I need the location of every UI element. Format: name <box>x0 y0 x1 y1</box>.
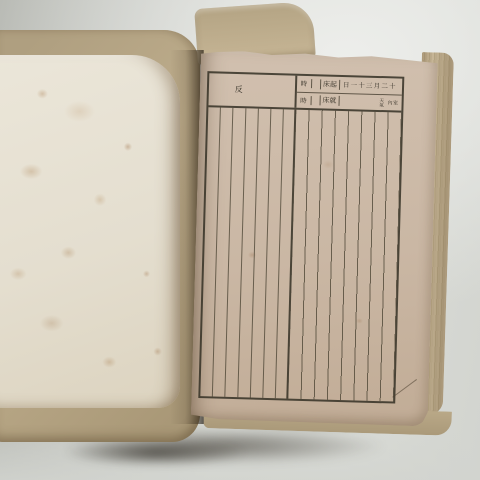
page-corner-crease <box>392 379 417 398</box>
wake-label: 起床 <box>320 79 340 90</box>
wake-hour-unit: 時 <box>297 79 312 88</box>
photo-background: 反省 十二月三十一日 起床 時 室內 天氣 就床 <box>0 0 480 480</box>
diary-table-header: 反省 十二月三十一日 起床 時 室內 天氣 就床 <box>208 73 402 112</box>
date-label: 十二月三十一日 <box>340 80 402 91</box>
indoor-label: 室內 <box>387 99 398 106</box>
ruled-columns-left <box>200 107 296 398</box>
bed-hour-unit: 時 <box>296 95 311 104</box>
right-page: 反省 十二月三十一日 起床 時 室內 天氣 就床 <box>191 50 438 426</box>
bed-label: 就床 <box>319 96 339 107</box>
date-time-header: 十二月三十一日 起床 時 室內 天氣 就床 時 <box>296 76 402 111</box>
bed-row: 室內 天氣 就床 時 <box>296 92 402 110</box>
ruled-columns <box>200 107 401 401</box>
weather-cell: 室內 天氣 <box>339 97 401 108</box>
weather-label: 天氣 <box>378 98 383 107</box>
diary-table: 反省 十二月三十一日 起床 時 室內 天氣 就床 <box>198 71 404 403</box>
reflection-header-cell: 反省 <box>208 73 297 107</box>
ruled-columns-right <box>288 110 401 402</box>
left-page <box>0 55 180 408</box>
